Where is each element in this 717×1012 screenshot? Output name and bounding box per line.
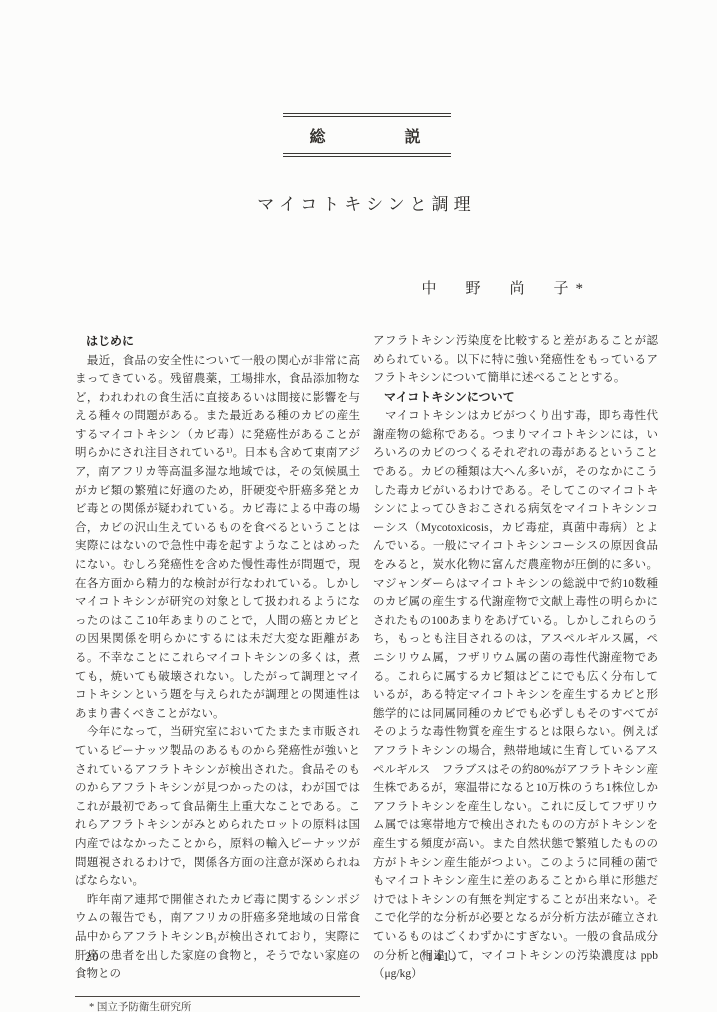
footnote-divider <box>75 996 360 997</box>
folio-number: （141） <box>412 947 466 965</box>
right-column: アフラトキシン汚染度を比較すると差があることが認められている。以下に特に強い発癌… <box>373 332 658 1012</box>
left-column: はじめに 最近，食品の安全性について一般の関心が非常に高まってきている。残留農薬… <box>75 332 360 1012</box>
footnote-block: * 国立予防衛生研究所 <box>75 996 360 1012</box>
article-type-label: 総 説 <box>309 129 423 146</box>
article-title: マイコトキシンと調理 <box>75 190 658 215</box>
section-heading-hajimeni: はじめに <box>75 332 360 352</box>
footnote-text: * 国立予防衛生研究所 <box>75 1001 360 1012</box>
right-column-paragraph-1: マイコトキシンはカビがつくり出す毒，即ち毒性代謝産物の総称である。つまりマイコト… <box>373 407 658 983</box>
author-name: 中 野 尚 子* <box>75 277 658 298</box>
section-heading-mycotoxin: マイコトキシンについて <box>373 388 658 408</box>
page-footer: 20 （141） <box>0 950 717 970</box>
left-column-paragraph-1: 最近，食品の安全性について一般の関心が非常に高まってきている。残留農薬，工場排水… <box>75 352 360 724</box>
article-type-box: 総 説 <box>283 113 451 157</box>
page-number: 20 <box>85 950 100 965</box>
document-page: 総 説 マイコトキシンと調理 中 野 尚 子* はじめに 最近，食品の安全性につ… <box>0 0 717 1012</box>
right-column-intro-paragraph: アフラトキシン汚染度を比較すると差があることが認められている。以下に特に強い発癌… <box>373 332 658 388</box>
article-body: はじめに 最近，食品の安全性について一般の関心が非常に高まってきている。残留農薬… <box>75 332 658 1012</box>
left-column-paragraph-2: 今年になって，当研究室においてたまたま市販されているピーナッツ製品のあるものから… <box>75 723 360 890</box>
